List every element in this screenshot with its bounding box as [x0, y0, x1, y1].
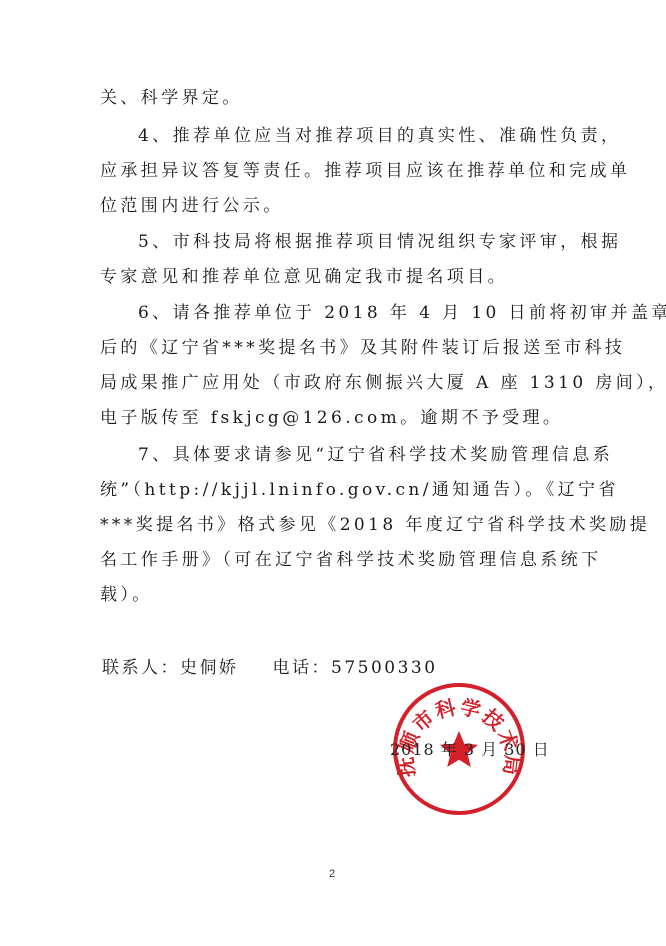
document-date: 2018 年 3 月 30 日 — [390, 737, 550, 760]
text-line: ***奖提名书》格式参见《2018 年度辽宁省科学技术奖励提 — [100, 515, 650, 535]
page-number: 2 — [329, 868, 335, 880]
contact-name: 史侗娇 — [180, 658, 239, 678]
text-line: 局成果推广应用处（市政府东侧振兴大厦 A 座 1310 房间）， — [100, 373, 666, 393]
text-line: 位范围内进行公示。 — [100, 196, 284, 216]
text-line: 电子版传至 fskjcg@126.com。逾期不予受理。 — [100, 408, 563, 428]
text-line: 后的《辽宁省***奖提名书》及其附件装订后报送至市科技 — [100, 338, 625, 358]
text-line: 专家意见和推荐单位意见确定我市提名项目。 — [100, 267, 508, 287]
text-line: 统”（http://kjjl.lninfo.gov.cn/通知通告）。《辽宁省 — [100, 480, 619, 500]
contact-info: 联系人：史侗娇电话：57500330 — [102, 653, 438, 678]
document-page: 关、科学界定。 4、推荐单位应当对推荐项目的真实性、准确性负责， 应承担异议答复… — [0, 0, 666, 946]
text-line: 应承担异议答复等责任。推荐项目应该在推荐单位和完成单 — [100, 161, 630, 181]
text-line: 4、推荐单位应当对推荐项目的真实性、准确性负责， — [138, 126, 621, 146]
text-line: 6、请各推荐单位于 2018 年 4 月 10 日前将初审并盖章 — [138, 303, 666, 323]
phone-number: 57500330 — [331, 658, 438, 678]
text-line: 7、具体要求请参见“辽宁省科学技术奖励管理信息系 — [138, 445, 613, 465]
phone-label: 电话： — [273, 658, 332, 678]
text-line: 载）。 — [100, 585, 153, 605]
contact-label: 联系人： — [102, 658, 180, 678]
text-line: 关、科学界定。 — [100, 88, 243, 108]
text-line: 5、市科技局将根据推荐项目情况组织专家评审，根据 — [138, 232, 621, 252]
text-line: 名工作手册》（可在辽宁省科学技术奖励管理信息系统下 — [100, 550, 602, 570]
